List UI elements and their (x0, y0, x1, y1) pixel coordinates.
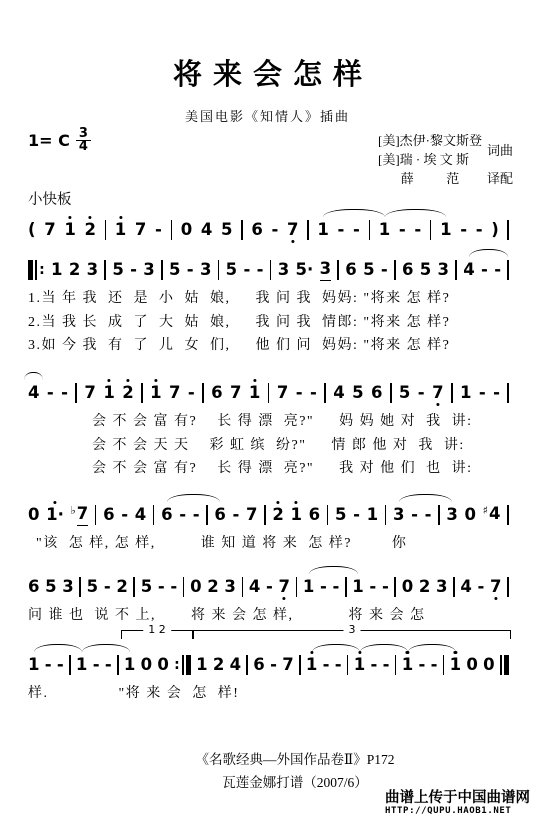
page-title: 将来会怎样 (0, 52, 535, 93)
barline (75, 383, 77, 403)
note-token: 7 (490, 577, 501, 597)
note-token: 6 (211, 383, 222, 403)
lyric-row: 会 不 会 富 有? 长 得 漂 亮?" 我 对 他 们 也 讲: (92, 458, 509, 481)
note-token: 3 (143, 260, 154, 280)
note-token: 4 (28, 383, 39, 403)
barline (394, 577, 396, 597)
note-row: 6535-25--0234-71--1--0234-7 (28, 575, 509, 599)
note-token: 6 (309, 505, 320, 525)
barline (390, 383, 392, 403)
note-token: 4 (463, 260, 474, 280)
note-token: - (381, 260, 388, 280)
note-token: - (179, 505, 186, 525)
barline (95, 505, 97, 525)
note-token: 0 (402, 577, 413, 597)
note-row: 1--1--100:1246-71--1--1--1001 23 (28, 653, 509, 677)
watermark: 曲谱上传于中国曲谱网 HTTP://QUPU.HAOB1.NET (385, 791, 530, 817)
barline (117, 655, 119, 675)
note-token: 1 (115, 220, 126, 240)
barline (133, 577, 135, 597)
note-token: - (353, 505, 360, 525)
octave-dot-up (89, 216, 92, 219)
note-token: - (383, 655, 390, 675)
barline (105, 220, 107, 240)
time-signature: 3 4 (76, 128, 91, 153)
note-token: 1 (196, 655, 207, 675)
note-token: 5· (296, 260, 314, 280)
note-token: 1 (76, 655, 87, 675)
note-token: 5 (45, 577, 56, 597)
note-token: 7 (246, 505, 257, 525)
barline (345, 577, 347, 597)
barline (324, 383, 326, 403)
note-token: 2 (84, 220, 95, 240)
note-token: - (371, 655, 378, 675)
subtitle: 美国电影《知情人》插曲 (0, 106, 535, 125)
note-token: 2 (213, 655, 224, 675)
note-token: 1 (64, 220, 75, 240)
barline (79, 577, 81, 597)
note-token: 1 (367, 505, 378, 525)
slur-arc (360, 644, 408, 652)
barline (268, 383, 270, 403)
lyric-row: 样. "将 来 会 怎 样! (28, 683, 509, 706)
note-token: - (476, 220, 483, 240)
note-token: 3 (62, 577, 73, 597)
barline (394, 260, 396, 280)
note-token: 7 (278, 577, 289, 597)
note-token: 2 (419, 577, 430, 597)
octave-dot-up (53, 501, 56, 504)
note-token: 4 (135, 505, 146, 525)
note-token: 5 (420, 260, 431, 280)
note-token: - (272, 220, 279, 240)
barline (242, 577, 244, 597)
note-token: 4 (333, 383, 344, 403)
note-token: 3 (436, 577, 447, 597)
accidental: ♯ (483, 501, 488, 521)
note-token: - (418, 655, 425, 675)
octave-dot-up (253, 379, 256, 382)
note-token: 0 (181, 220, 192, 240)
barline (270, 260, 272, 280)
volta-label: 3 (344, 623, 361, 637)
note-token: 1 (150, 383, 161, 403)
note-token: 1· (46, 505, 64, 525)
note-token: ♯4 (483, 504, 501, 526)
barline (296, 577, 298, 597)
note-row: 01·♭76-46--6-72165-13--30♯4 (28, 503, 509, 527)
barline (299, 655, 301, 675)
score-line: 6535-25--0234-71--1--0234-7问 谁 也 说 不 上, … (28, 575, 509, 628)
barline (507, 220, 509, 240)
note-token: - (431, 655, 438, 675)
note-token: 1 (28, 655, 39, 675)
note-token: 1 (303, 577, 314, 597)
note-token: - (411, 505, 418, 525)
note-token: - (158, 577, 165, 597)
note-token: - (47, 383, 54, 403)
composer-names: [美]杰伊·黎文斯登 [美]瑞 · 埃 文 斯 (378, 131, 482, 169)
slur-arc (24, 372, 43, 380)
watermark-site-name: 曲谱上传于中国曲谱网 (385, 791, 530, 806)
note-token: 6 (103, 505, 114, 525)
barline (141, 383, 143, 403)
repeat-barline: : (28, 260, 45, 280)
note-token: - (266, 577, 273, 597)
note-token: - (323, 655, 330, 675)
octave-dot-down (291, 240, 294, 243)
final-barline (500, 655, 509, 675)
note-token: - (418, 383, 425, 403)
barline (507, 260, 509, 280)
note-token: 3 (320, 259, 331, 281)
barline (453, 577, 455, 597)
note-token: 6 (214, 505, 225, 525)
note-token: 0 (466, 655, 477, 675)
note-token: 0 (190, 577, 201, 597)
note-token: 7 (277, 383, 288, 403)
note-token: - (193, 505, 200, 525)
barline (455, 260, 457, 280)
note-token: 7 (84, 383, 95, 403)
barline (153, 505, 155, 525)
sheet-music-page: 将来会怎样 美国电影《知情人》插曲 1= C 3 4 [美]杰伊·黎文斯登 [美… (0, 0, 535, 820)
note-token: 1 (460, 383, 471, 403)
octave-dot-down (283, 597, 286, 600)
note-token: - (335, 655, 342, 675)
note-token: 1 (306, 655, 317, 675)
octave-dot-up (107, 379, 110, 382)
tempo-marking: 小快板 (28, 188, 72, 209)
slur-arc (309, 566, 358, 574)
slur-arc (167, 494, 220, 502)
barline (395, 655, 397, 675)
score-line: :1235-35-35--35·365-6534--1.当 年 我 还 是 小 … (28, 258, 509, 358)
barline (327, 505, 329, 525)
note-token: 4 (460, 577, 471, 597)
barline (202, 383, 204, 403)
note-token: - (481, 260, 488, 280)
note-token: - (243, 260, 250, 280)
note-token: - (460, 220, 467, 240)
note-token: 1 (379, 220, 390, 240)
barline (264, 505, 266, 525)
barline (307, 220, 309, 240)
note-token: 4 (249, 577, 260, 597)
note-token: 7 (432, 383, 443, 403)
slur-arc (34, 644, 82, 652)
note-token: 6 (161, 505, 172, 525)
barline (337, 260, 339, 280)
slur-arc (82, 644, 130, 652)
lyric-row: 会 不 会 富 有? 长 得 漂 亮?" 妈 妈 她 对 我 讲: (92, 411, 509, 434)
note-token: 2 (272, 505, 283, 525)
note-token: 1 (402, 655, 413, 675)
barline (104, 260, 106, 280)
note-token: 1 (51, 260, 62, 280)
note-token: - (187, 260, 194, 280)
lyric-row: 3.如 今 我 有 了 儿 女 们, 他 们 问 妈妈: "将来 怎 样? (28, 335, 509, 358)
note-row: 4--71217-6717--4565-71-- (28, 381, 509, 405)
note-token: 3 (200, 260, 211, 280)
slur-arc (399, 494, 452, 502)
note-token: 5 (226, 260, 237, 280)
note-token: - (353, 220, 360, 240)
barline (347, 655, 349, 675)
note-token: - (257, 260, 264, 280)
note-token: 3 (438, 260, 449, 280)
barline (241, 220, 243, 240)
footer-block: 《名歌经典—外国作品卷Ⅱ》P172 瓦莲金娜打谱（2007/6） (0, 748, 535, 794)
volta-bracket: 1 2 (121, 630, 193, 639)
score: (71217-0456-71--1--1--):1235-35-35--35·3… (28, 218, 509, 743)
note-token: 0 (141, 655, 152, 675)
score-line: 1--1--100:1246-71--1--1--1001 23样. "将 来 … (28, 653, 509, 706)
note-token: - (121, 505, 128, 525)
barline (438, 505, 440, 525)
octave-dot-up (119, 216, 122, 219)
note-token: - (310, 383, 317, 403)
score-line: (71217-0456-71--1--1--) (28, 218, 509, 242)
accidental: ♭ (71, 501, 76, 521)
note-token: 6 (253, 655, 264, 675)
note-token: 5 (87, 577, 98, 597)
note-token: - (320, 577, 327, 597)
octave-dot-up (295, 501, 298, 504)
note-token: 4 (230, 655, 241, 675)
note-token: 1 (354, 655, 365, 675)
volta-bracket: 3 (193, 630, 511, 639)
barline (246, 655, 248, 675)
note-token: - (479, 383, 486, 403)
translator-names: 薛 范 (378, 169, 482, 188)
note-token: - (478, 577, 485, 597)
note-token: - (296, 383, 303, 403)
note-token: - (333, 577, 340, 597)
note-token: 3 (446, 505, 457, 525)
note-token: - (45, 655, 52, 675)
note-row: :1235-35-35--35·365-6534-- (28, 258, 509, 282)
note-token: 5 (335, 505, 346, 525)
note-token: - (105, 655, 112, 675)
slur-arc (469, 249, 509, 257)
watermark-url: HTTP://QUPU.HAOB1.NET (385, 806, 530, 817)
note-token: ( (28, 220, 36, 240)
barline (369, 220, 371, 240)
lyric-row: 1.当 年 我 还 是 小 姑 娘, 我 问 我 妈妈: "将来 怎 样? (28, 288, 509, 311)
note-token: 1 (317, 220, 328, 240)
note-token: 0 (28, 505, 39, 525)
note-token: - (425, 505, 432, 525)
barline (171, 220, 173, 240)
note-token: 1 (103, 383, 114, 403)
note-token: 5 (169, 260, 180, 280)
note-token: - (61, 383, 68, 403)
octave-dot-up (126, 379, 129, 382)
note-token: 5 (141, 577, 152, 597)
note-token: 1 (352, 577, 363, 597)
note-token: 2 (122, 383, 133, 403)
note-token: ) (491, 220, 499, 240)
note-row: (71217-0456-71--1--1--) (28, 218, 509, 242)
note-token: 6 (345, 260, 356, 280)
barline (206, 505, 208, 525)
note-token: - (57, 655, 64, 675)
note-token: 7 (44, 220, 55, 240)
barline (507, 505, 509, 525)
barline (161, 260, 163, 280)
note-token: - (233, 505, 240, 525)
note-token: - (338, 220, 345, 240)
barline (430, 220, 432, 240)
note-token: - (155, 220, 162, 240)
note-token: ♭7 (71, 504, 89, 526)
barline (385, 505, 387, 525)
note-token: 7 (282, 655, 293, 675)
octave-dot-down (436, 403, 439, 406)
note-token: - (270, 655, 277, 675)
note-token: 6 (251, 220, 262, 240)
note-token: 5 (399, 383, 410, 403)
note-token: 2 (116, 577, 127, 597)
note-token: 7 (135, 220, 146, 240)
volta-label: 1 2 (143, 623, 171, 637)
note-token: 3 (393, 505, 404, 525)
repeat-barline: : (174, 655, 191, 675)
key-signature: 1= C 3 4 (28, 128, 91, 153)
credits-block: [美]杰伊·黎文斯登 [美]瑞 · 埃 文 斯 词曲 薛 范 译配 (378, 131, 513, 188)
slur-arc (385, 209, 446, 217)
octave-dot-up (68, 216, 71, 219)
note-token: 5 (352, 383, 363, 403)
score-line: 4--71217-6717--4565-71--会 不 会 富 有? 长 得 漂… (28, 381, 509, 481)
key-label: 1= C (28, 131, 70, 150)
note-token: 2 (207, 577, 218, 597)
note-token: - (170, 577, 177, 597)
barline (507, 383, 509, 403)
note-token: 3 (224, 577, 235, 597)
note-token: 7 (169, 383, 180, 403)
score-line: 01·♭76-46--6-72165-13--30♯4"该 怎 样, 怎 样, … (28, 503, 509, 556)
composer-role-label: 词曲 (487, 141, 513, 160)
lyric-row: "该 怎 样, 怎 样, 谁 知 道 将 来 怎 样? 你 (36, 533, 509, 556)
note-token: - (93, 655, 100, 675)
note-token: - (382, 577, 389, 597)
barline (451, 383, 453, 403)
note-token: 7 (230, 383, 241, 403)
barline (218, 260, 220, 280)
note-token: 1 (249, 383, 260, 403)
note-token: 1 (450, 655, 461, 675)
source-reference: 《名歌经典—外国作品卷Ⅱ》P172 (55, 748, 535, 771)
octave-dot-up (154, 379, 157, 382)
note-token: 6 (402, 260, 413, 280)
note-token: - (369, 577, 376, 597)
note-token: - (188, 383, 195, 403)
note-token: 1 (440, 220, 451, 240)
note-token: 4 (201, 220, 212, 240)
note-token: 0 (157, 655, 168, 675)
note-token: - (494, 260, 501, 280)
barline (507, 577, 509, 597)
lyric-row: 2.当 我 长 成 了 大 姑 娘, 我 问 我 情郎: "将来 怎 样? (28, 312, 509, 335)
note-token: 5 (363, 260, 374, 280)
note-token: 5 (221, 220, 232, 240)
barline (69, 655, 71, 675)
slur-arc (323, 209, 385, 217)
note-token: 3 (87, 260, 98, 280)
note-token: 7 (287, 220, 298, 240)
octave-dot-up (277, 501, 280, 504)
meter-lower: 4 (76, 141, 91, 153)
note-token: 6 (28, 577, 39, 597)
note-token: 2 (69, 260, 80, 280)
lyric-row: 会 不 会 天 天 彩 虹 缤 纷?" 情 郎 他 对 我 讲: (92, 435, 509, 458)
note-token: 3 (278, 260, 289, 280)
octave-dot-down (494, 597, 497, 600)
note-token: - (414, 220, 421, 240)
note-token: 6 (371, 383, 382, 403)
barline (443, 655, 445, 675)
note-token: - (130, 260, 137, 280)
slur-arc (312, 644, 360, 652)
barline (183, 577, 185, 597)
slur-arc (408, 644, 456, 652)
note-token: 0 (464, 505, 475, 525)
note-token: - (493, 383, 500, 403)
note-token: - (104, 577, 111, 597)
note-token: 0 (483, 655, 494, 675)
lyric-row: 问 谁 也 说 不 上, 将 来 会 怎 样, 将 来 会 怎 (28, 605, 509, 628)
note-token: - (399, 220, 406, 240)
note-token: 1 (291, 505, 302, 525)
translator-role-label: 译配 (487, 169, 513, 188)
note-token: 1 (124, 655, 135, 675)
note-token: 5 (112, 260, 123, 280)
